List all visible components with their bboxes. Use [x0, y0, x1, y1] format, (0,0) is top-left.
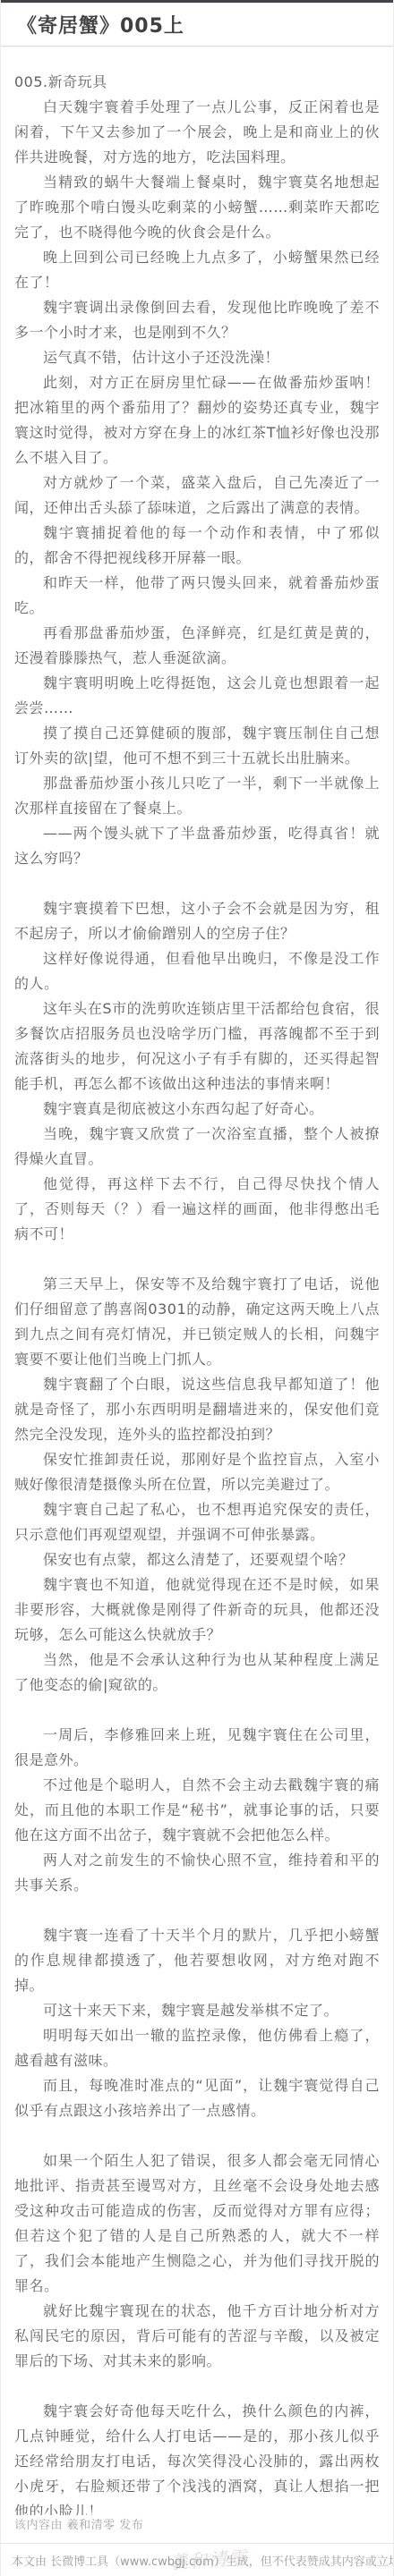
page-footer: 该内容由 羲和清零 发布 本文由 长微博工具（www.cwbgj.com）生成，… [1, 2515, 393, 2576]
paragraph: 当精致的蜗牛大餐端上餐桌时，魏宇寰莫名地想起了昨晚那个啃白馒头吃剩菜的小螃蟹……… [14, 170, 380, 245]
paragraph: 运气真不错，估计这小子还没洗澡！ [14, 345, 380, 370]
disclaimer-text: 本文由 长微博工具（www.cwbgj.com）生成，但不代表赞成其内容或立场 [12, 2555, 394, 2569]
paragraph: 白天魏宇寰着手处理了一点儿公事，反正闲着也是闲着，下午又去参加了一个展会，晚上是… [14, 95, 380, 170]
publisher-line: 该内容由 羲和清零 发布 [1, 2515, 393, 2543]
paragraph: 如果一个陌生人犯了错误，很多人都会毫无同情心地批评、指责甚至谩骂对方，且丝毫不会… [14, 2148, 380, 2299]
paragraph [14, 2123, 380, 2148]
paragraph: 保安忙推卸责任说，那刚好是个监控盲点，入室小贼好像很清楚摄像头所在位置，所以完美… [14, 1447, 380, 1497]
paragraph: 一周后，李修雅回来上班，见魏宇寰住在公司里，很是意外。 [14, 1723, 380, 1773]
article-body: 005.新奇玩具 白天魏宇寰着手处理了一点儿公事，反正闲着也是闲着，下午又去参加… [1, 47, 393, 2574]
paragraph: 魏宇寰翻了个白眼，说这些信息我早都知道了！他就是奇怪了，那小东西明明是翻墙进来的… [14, 1372, 380, 1447]
paragraph [14, 1698, 380, 1723]
paragraph: 魏宇寰真是彻底被这小东西勾起了好奇心。 [14, 1097, 380, 1122]
paragraph [14, 1247, 380, 1272]
chapter-subheading: 005.新奇玩具 [14, 70, 380, 95]
paragraph: ——两个馒头就下了半盘番茄炒蛋，吃得真省！就这么穷吗？ [14, 821, 380, 871]
paragraph: 而且，每晚准时准点的“见面”，让魏宇寰觉得自己似乎有点跟这小孩培养出了一点感情。 [14, 2073, 380, 2123]
paragraph: 他觉得，再这样下去不行，自己得尽快找个情人了，否则每天（？）看一遍这样的画面，他… [14, 1172, 380, 1247]
paragraph: 魏宇寰也不知道，他就觉得现在还不是时候，如果非要形容，大概就像是刚得了件新奇的玩… [14, 1572, 380, 1648]
paragraph: 再看那盘番茄炒蛋，色泽鲜亮，红是红黄是黄的，还漫着滕滕热气，惹人垂涎欲滴。 [14, 621, 380, 671]
paragraph: 那盘番茄炒蛋小孩儿只吃了一半，剩下一半就像上次那样直接留在了餐桌上。 [14, 771, 380, 821]
page-title: 《寄居蟹》005上 [17, 11, 184, 38]
paragraph: 魏宇寰一连看了十天半个月的默片，几乎把小螃蟹的作息规律都摸透了，他若要想收网，对… [14, 1923, 380, 1998]
paragraph: 魏宇寰会好奇他每天吃什么，换什么颜色的内裤，几点钟睡觉，给什么人打电话——是的，… [14, 2399, 380, 2524]
paragraph: 不过他是个聪明人，自然不会主动去戳魏宇寰的痛处，而且他的本职工作是“秘书”，就事… [14, 1773, 380, 1848]
paragraph [14, 871, 380, 896]
paragraph: 当晚，魏宇寰又欣赏了一次浴室直播，整个人被撩得燥火直冒。 [14, 1122, 380, 1172]
paragraph: 第三天早上，保安等不及给魏宇寰打了电话，说他们仔细留意了鹊喜阁0301的动静，确… [14, 1272, 380, 1372]
paragraph [14, 2374, 380, 2399]
paragraph: 可这十来天下来，魏宇寰是越发举棋不定了。 [14, 1998, 380, 2023]
paragraph: 和昨天一样，他带了两只馒头回来，就着番茄炒蛋吃。 [14, 571, 380, 621]
paragraph: 这年头在S市的洗剪吹连锁店里干活都给包食宿，很多餐饮店招服务员也没啥学历门槛，再… [14, 996, 380, 1097]
paragraph: 魏宇寰明明晚上吃得挺饱，这会儿竟也想跟着一起尝尝…… [14, 671, 380, 721]
paragraph: 魏宇寰自己起了私心，也不想再追究保安的责任，只示意他们再观望观望，并强调不可伸张… [14, 1497, 380, 1547]
paragraph: 就好比魏宇寰现在的状态，他千方百计地分析对方私闯民宅的原因，背后可能有的苦涩与辛… [14, 2299, 380, 2374]
paragraph [14, 1898, 380, 1923]
long-post-page: 《寄居蟹》005上 005.新奇玩具 白天魏宇寰着手处理了一点儿公事，反正闲着也… [0, 0, 394, 2576]
paragraph: 晚上回到公司已经晚上九点多了，小螃蟹果然已经在了！ [14, 245, 380, 295]
paragraph: 魏宇寰调出录像倒回去看，发现他比昨晚晚了差不多一个小时才来，也是刚到不久？ [14, 295, 380, 345]
paragraph: 明明每天如出一辙的监控录像，他仿佛看上瘾了，越看越有滋味。 [14, 2023, 380, 2073]
paragraph: 魏宇寰摸着下巴想，这小子会不会就是因为穷，租不起房子，所以才偷偷蹭别人的空房子住… [14, 896, 380, 946]
paragraph: 对方就炒了一个菜，盛菜入盘后，自己先凑近了一闻，还伸出舌头舔了舔味道，之后露出了… [14, 470, 380, 521]
paragraph-list: 白天魏宇寰着手处理了一点儿公事，反正闲着也是闲着，下午又去参加了一个展会，晚上是… [14, 95, 380, 2574]
paragraph: 此刻，对方正在厨房里忙碌——在做番茄炒蛋呐！把冰箱里的两个番茄用了？翻炒的姿势还… [14, 370, 380, 470]
paragraph: 保安也有点蒙，都这么清楚了，还要观望个啥？ [14, 1547, 380, 1572]
title-row: 《寄居蟹》005上 [1, 3, 393, 47]
paragraph: 这样好像说得通，但看他早出晚归，不像是没工作的人。 [14, 946, 380, 996]
paragraph: 魏宇寰捕捉着他的每一个动作和表情，中了邪似的，都舍不得把视线移开屏幕一眼。 [14, 521, 380, 571]
paragraph: 两人对之前发生的不愉快心照不宣，维持着和平的共事关系。 [14, 1848, 380, 1898]
disclaimer-bar: 本文由 长微博工具（www.cwbgj.com）生成，但不代表赞成其内容或立场 … [1, 2543, 393, 2576]
paragraph: 摸了摸自己还算健硕的腹部，魏宇寰压制住自己想订外卖的欲|望，他可不想不到三十五就… [14, 721, 380, 771]
paragraph: 当然，他是不会承认这种行为也从某种程度上满足了他变态的偷|窥欲的。 [14, 1648, 380, 1698]
